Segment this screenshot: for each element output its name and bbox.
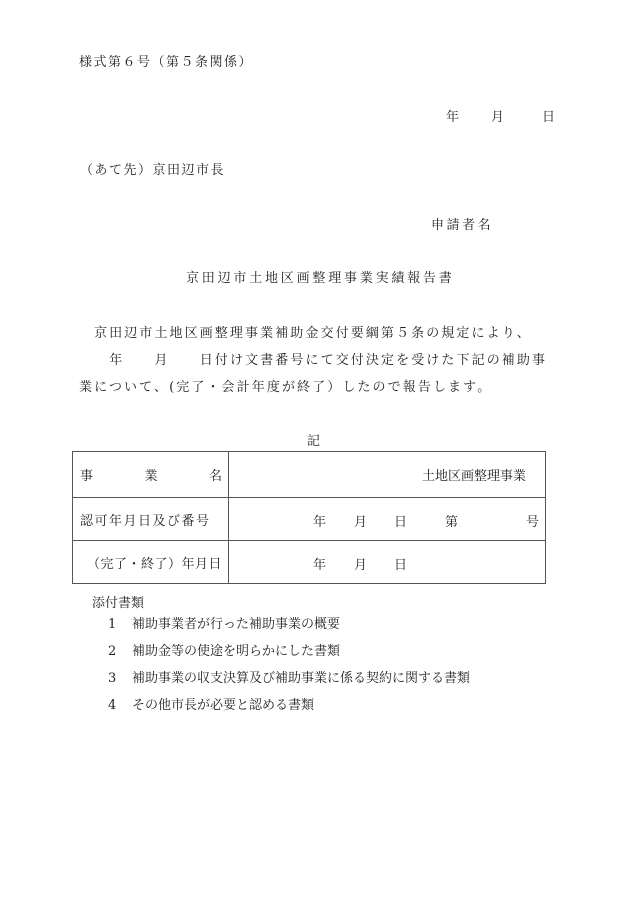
- body-line-3: 業について、(完了・会計年度が終了）したので報告します。: [79, 374, 547, 401]
- body-line-2: 年 月 日付け文書番号にて交付決定を受けた下記の補助事: [79, 347, 547, 374]
- applicant-name-label: 申請者名: [431, 214, 493, 233]
- ki-heading: 記: [307, 430, 320, 449]
- submission-date: 年月日: [446, 106, 555, 125]
- value-approval-date-number: 年 月 日 第 号: [229, 498, 546, 541]
- body-line-1: 京田辺市土地区画整理事業補助金交付要綱第５条の規定により、: [79, 320, 547, 347]
- form-number: 様式第６号（第５条関係）: [79, 51, 253, 70]
- addressee: （あて先）京田辺市長: [80, 159, 225, 178]
- table-row: （完了・終了）年月日 年 月 日: [73, 541, 546, 584]
- label-approval-date-number: 認可年月日及び番号: [73, 498, 229, 541]
- date-day-label: 日: [542, 106, 555, 125]
- list-item: 2 補助金等の使途を明らかにした書類: [108, 643, 470, 670]
- body-paragraph: 京田辺市土地区画整理事業補助金交付要綱第５条の規定により、 年 月 日付け文書番…: [79, 320, 547, 401]
- table-row: 事 業 名 土地区画整理事業: [73, 452, 546, 498]
- label-completion-date: （完了・終了）年月日: [73, 541, 229, 584]
- list-item: 3 補助事業の収支決算及び補助事業に係る契約に関する書類: [108, 670, 470, 697]
- value-completion-date: 年 月 日: [229, 541, 546, 584]
- label-business-name: 事 業 名: [73, 452, 229, 498]
- list-item: 4 その他市長が必要と認める書類: [108, 697, 470, 724]
- attachments-list: 1 補助事業者が行った補助事業の概要 2 補助金等の使途を明らかにした書類 3 …: [108, 616, 470, 724]
- record-table: 事 業 名 土地区画整理事業 認可年月日及び番号 年 月 日 第 号 （完了・終…: [72, 451, 546, 584]
- list-item: 1 補助事業者が行った補助事業の概要: [108, 616, 470, 643]
- date-month-label: 月: [491, 106, 504, 125]
- value-business-name: 土地区画整理事業: [229, 452, 546, 498]
- table-row: 認可年月日及び番号 年 月 日 第 号: [73, 498, 546, 541]
- date-year-label: 年: [446, 106, 459, 125]
- document-title: 京田辺市土地区画整理事業実績報告書: [186, 267, 455, 286]
- attachments-title: 添付書類: [92, 592, 144, 611]
